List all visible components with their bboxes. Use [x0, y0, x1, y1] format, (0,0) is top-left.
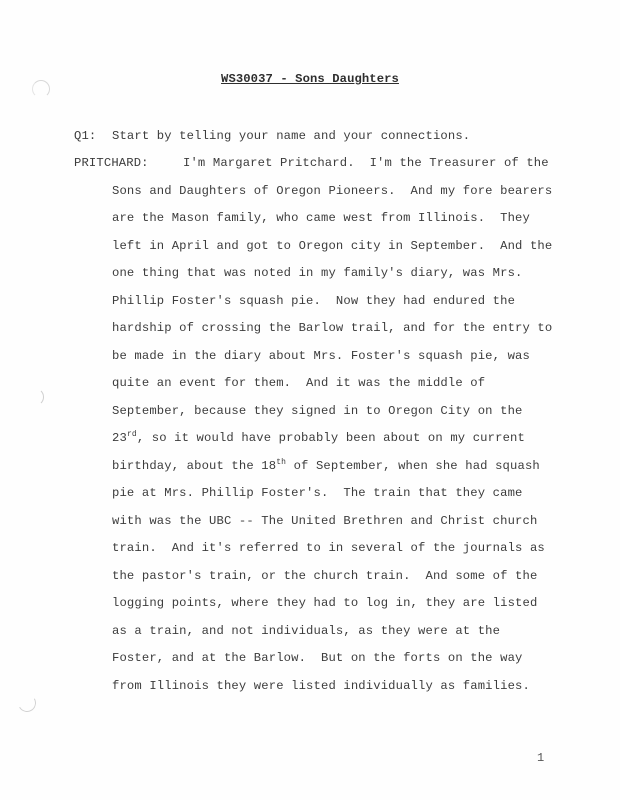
answer-line: pie at Mrs. Phillip Foster's. The train … [112, 486, 523, 500]
answer-line-start: birthday, about the 18 [112, 459, 276, 473]
answer-line-rest: of September, when she had squash [286, 459, 540, 473]
answer-line-rest: , so it would have probably been about o… [137, 431, 525, 445]
page-number: 1 [537, 751, 544, 765]
answer-line-23rd: 23rd, so it would have probably been abo… [112, 431, 525, 445]
answer-line: are the Mason family, who came west from… [112, 211, 530, 225]
speaker-label-q1: Q1: [74, 129, 96, 143]
answer-line: be made in the diary about Mrs. Foster's… [112, 349, 530, 363]
answer-line: the pastor's train, or the church train.… [112, 569, 537, 583]
answer-line: quite an event for them. And it was the … [112, 376, 485, 390]
answer-line: September, because they signed in to Ore… [112, 404, 523, 418]
answer-line: Sons and Daughters of Oregon Pioneers. A… [112, 184, 552, 198]
punch-hole-mark [26, 388, 44, 406]
date-number: 23 [112, 431, 127, 445]
answer-line: left in April and got to Oregon city in … [112, 239, 552, 253]
answer-line: hardship of crossing the Barlow trail, a… [112, 321, 552, 335]
ordinal-suffix: rd [127, 430, 137, 439]
answer-line: Foster, and at the Barlow. But on the fo… [112, 651, 523, 665]
document-title: WS30037 - Sons Daughters [0, 72, 620, 86]
punch-hole-mark [16, 692, 38, 714]
answer-line-18th: birthday, about the 18th of September, w… [112, 459, 540, 473]
answer-line: with was the UBC -- The United Brethren … [112, 514, 537, 528]
answer-first-line: I'm Margaret Pritchard. I'm the Treasure… [183, 156, 549, 170]
answer-line: as a train, and not individuals, as they… [112, 624, 500, 638]
answer-line: train. And it's referred to in several o… [112, 541, 545, 555]
answer-line: one thing that was noted in my family's … [112, 266, 523, 280]
answer-line: Phillip Foster's squash pie. Now they ha… [112, 294, 515, 308]
ordinal-suffix: th [276, 457, 286, 466]
answer-line: from Illinois they were listed individua… [112, 679, 530, 693]
speaker-label-pritchard: PRITCHARD: [74, 156, 149, 170]
question-text: Start by telling your name and your conn… [112, 129, 470, 143]
document-page: WS30037 - Sons Daughters Q1: Start by te… [0, 0, 620, 800]
answer-line: logging points, where they had to log in… [112, 596, 537, 610]
